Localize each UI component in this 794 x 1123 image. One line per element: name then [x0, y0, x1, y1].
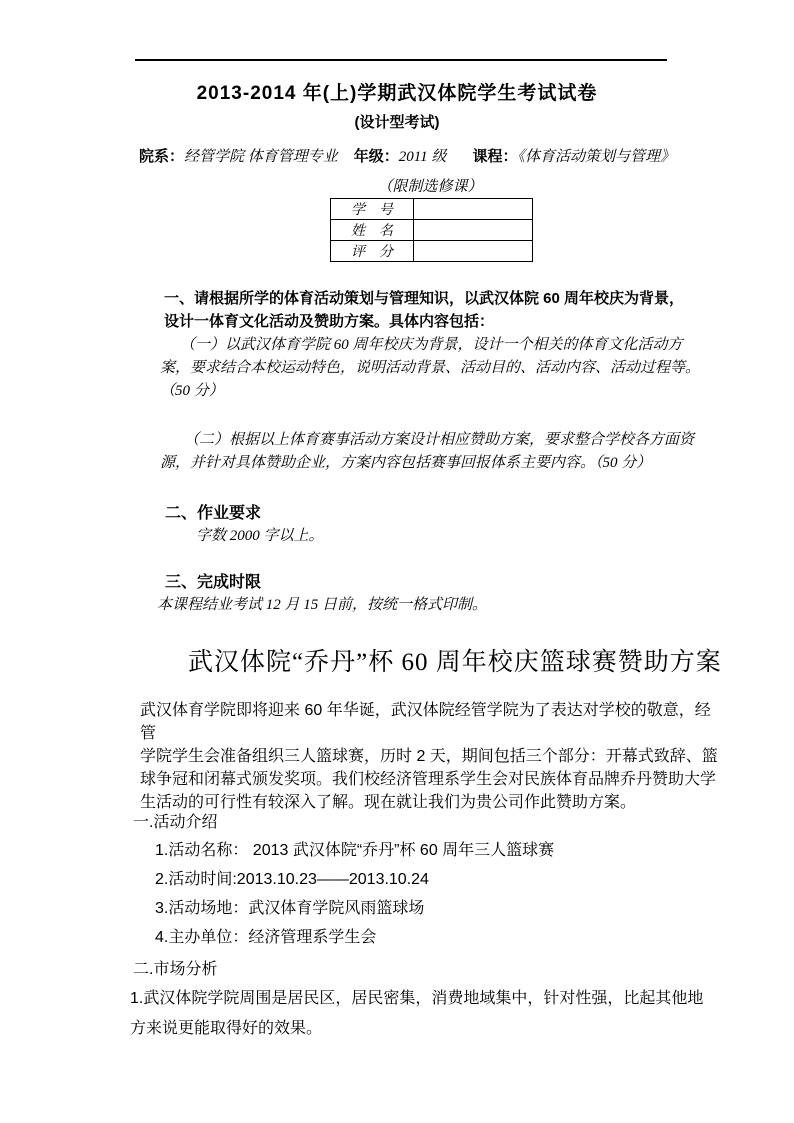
table-row: 姓 名 — [331, 220, 533, 241]
proposal-section-1-heading: 一.活动介绍 — [133, 809, 217, 832]
question-1-item-2: （二）根据以上体育赛事活动方案设计相应赞助方案，要求整合学校各方面资 源，并针对… — [160, 429, 716, 475]
list-item-activity-venue: 3.活动场地：武汉体育学院风雨篮球场 — [155, 894, 554, 923]
proposal-section-2-heading: 二.市场分析 — [133, 956, 217, 979]
proposal-activity-list: 1.活动名称： 2013 武汉体院“乔丹”杯 60 周年三人篮球赛 2.活动时间… — [155, 836, 554, 952]
name-cell[interactable] — [414, 220, 533, 241]
question-1-item-1: （一）以武汉体育学院 60 周年校庆为背景，设计一个相关的体育文化活动方 案，要… — [160, 334, 716, 403]
question-1: 一、请根据所学的体育活动策划与管理知识，以武汉体院 60 周年校庆为背景， 设计… — [164, 287, 716, 333]
list-item-activity-organizer: 4.主办单位：经济管理系学生会 — [155, 923, 554, 952]
section-2-body: 字数 2000 字以上。 — [196, 524, 324, 545]
dept-grade-label: 年级： — [354, 148, 399, 165]
section-2-heading: 二、作业要求 — [165, 500, 261, 523]
dept-course-value: 《体育活动策划与管理》 — [517, 149, 675, 165]
dept-college-label: 院系： — [139, 148, 184, 165]
section-3-heading: 三、完成时限 — [165, 569, 261, 592]
limited-course-note: （限制选修课） — [0, 175, 794, 196]
proposal-market-analysis: 1.武汉体院学院周围是居民区，居民密集，消费地域集中，针对性强，比起其他地 方来… — [130, 984, 716, 1044]
score-label: 评 分 — [331, 241, 414, 262]
student-id-cell[interactable] — [414, 199, 533, 220]
score-table: 学 号 姓 名 评 分 — [330, 198, 533, 262]
dept-college-value: 经管学院 体育管理专业 — [184, 149, 338, 165]
dept-grade-value: 2011 级 — [399, 149, 447, 165]
name-label: 姓 名 — [331, 220, 414, 241]
student-id-label: 学 号 — [331, 199, 414, 220]
table-row: 学 号 — [331, 199, 533, 220]
header-divider — [135, 59, 667, 61]
table-row: 评 分 — [331, 241, 533, 262]
proposal-title: 武汉体院“乔丹”杯 60 周年校庆篮球赛赞助方案 — [188, 642, 722, 678]
list-item-activity-time: 2.活动时间:2013.10.23——2013.10.24 — [155, 865, 554, 894]
list-item-activity-name: 1.活动名称： 2013 武汉体院“乔丹”杯 60 周年三人篮球赛 — [155, 836, 554, 865]
department-line: 院系：经管学院 体育管理专业年级：2011 级课程：《体育活动策划与管理》 — [139, 145, 675, 166]
exam-subtitle: (设计型考试) — [0, 111, 794, 132]
dept-course-label: 课程： — [472, 148, 517, 165]
proposal-intro: 武汉体育学院即将迎来 60 年华诞，武汉体院经管学院为了表达对学校的敬意，经管 … — [140, 699, 718, 814]
exam-title: 2013-2014 年(上)学期武汉体院学生考试试卷 — [0, 78, 794, 105]
section-3-body: 本课程结业考试 12 月 15 日前，按统一格式印制。 — [157, 593, 487, 614]
document-page: 2013-2014 年(上)学期武汉体院学生考试试卷 (设计型考试) 院系：经管… — [0, 0, 794, 1123]
score-cell[interactable] — [414, 241, 533, 262]
